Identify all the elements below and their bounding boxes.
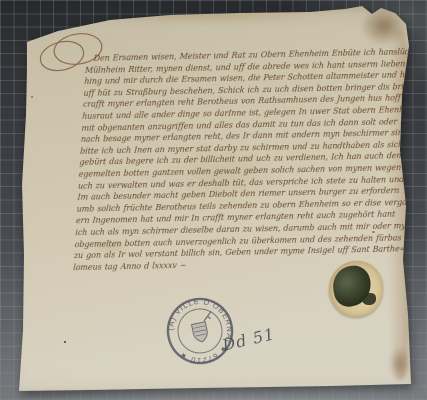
svg-text:(A) VILLE D'OBERNAI ★ 67210 ★: (A) VILLE D'OBERNAI ★ 67210 ★ <box>161 291 241 372</box>
coat-of-arms-icon <box>190 311 217 343</box>
manuscript-document: Den Ersamen wisen, Meister und Rat zu Ob… <box>0 0 427 400</box>
manuscript-line: umb solich früchte Berotheus teils zehen… <box>76 197 399 215</box>
manuscript-line: hing und mir durch die Ersamen wisen, di… <box>84 69 407 87</box>
stain-center <box>150 140 290 210</box>
manuscript-line: mit obgenanten anzugriffen und alles das… <box>81 116 404 134</box>
manuscript-line: crafft myner erlangten reht Berotheus vo… <box>83 93 406 111</box>
manuscript-text: Den Ersamen wisen, Meister und Rat zu Ob… <box>73 46 409 273</box>
manuscript-line: Im auch besunder macht geben Diebolt den… <box>77 185 400 203</box>
manuscript-line: obgemelten botten auch unverzogenlich zu… <box>74 232 397 250</box>
manuscript-line: gebürt das begere ich zu der billicheit … <box>79 151 402 169</box>
stain-torn-corner <box>352 0 416 52</box>
pen-flourish-icon <box>34 26 110 76</box>
wax-seal-spot <box>362 293 376 305</box>
manuscript-line: ern Ingenomen hat und mir In crafft myne… <box>76 209 399 227</box>
stain-mid-left <box>86 238 136 256</box>
manuscript-line: bitte ich uch Inen an myner stat darby z… <box>80 139 403 157</box>
stain-bottom-right <box>386 342 414 386</box>
stamp-text: (A) VILLE D'OBERNAI ★ 67210 ★ <box>161 291 241 372</box>
stain-top-edge <box>40 8 370 24</box>
shelfmark-number: Dd 51 <box>221 324 277 355</box>
manuscript-line: Mülnheim Ritter, mynen dienst, und uff d… <box>85 58 408 76</box>
manuscript-line: uch zu verwalten und was er deshalb tüt,… <box>78 174 401 192</box>
ink-speck <box>31 96 33 98</box>
manuscript-line: zu gon als Ir wol verstant billich sin, … <box>74 243 397 261</box>
manuscript-line: lomeus tag Anno d lxxxxv ~ <box>73 255 396 273</box>
manuscript-line: uff hüt zu Straßburg beschehen, Schick i… <box>83 81 406 99</box>
ink-speck <box>372 231 375 233</box>
archive-stamp: (A) VILLE D'OBERNAI ★ 67210 ★ <box>150 281 250 381</box>
wax-seal-center <box>330 263 374 309</box>
manuscript-line: ich uch als myn schirmer dieselbe daran … <box>75 220 398 238</box>
manuscript-line: nach besage myner erlangten reht, des Ir… <box>80 127 403 145</box>
manuscript-line: husraut und alle ander dinge so darInne … <box>82 104 405 122</box>
manuscript-line: Den Ersamen wisen, Meister und Rat zu Ob… <box>93 46 408 64</box>
manuscript-line: egemelten botten gantzen vollen gewalt g… <box>78 162 401 180</box>
photo-scene: Den Ersamen wisen, Meister und Rat zu Ob… <box>0 0 427 400</box>
parchment-sheet: Den Ersamen wisen, Meister und Rat zu Ob… <box>0 0 427 400</box>
stain-right-edge <box>388 30 412 380</box>
ink-speck <box>64 341 66 343</box>
wax-seal <box>329 261 383 317</box>
